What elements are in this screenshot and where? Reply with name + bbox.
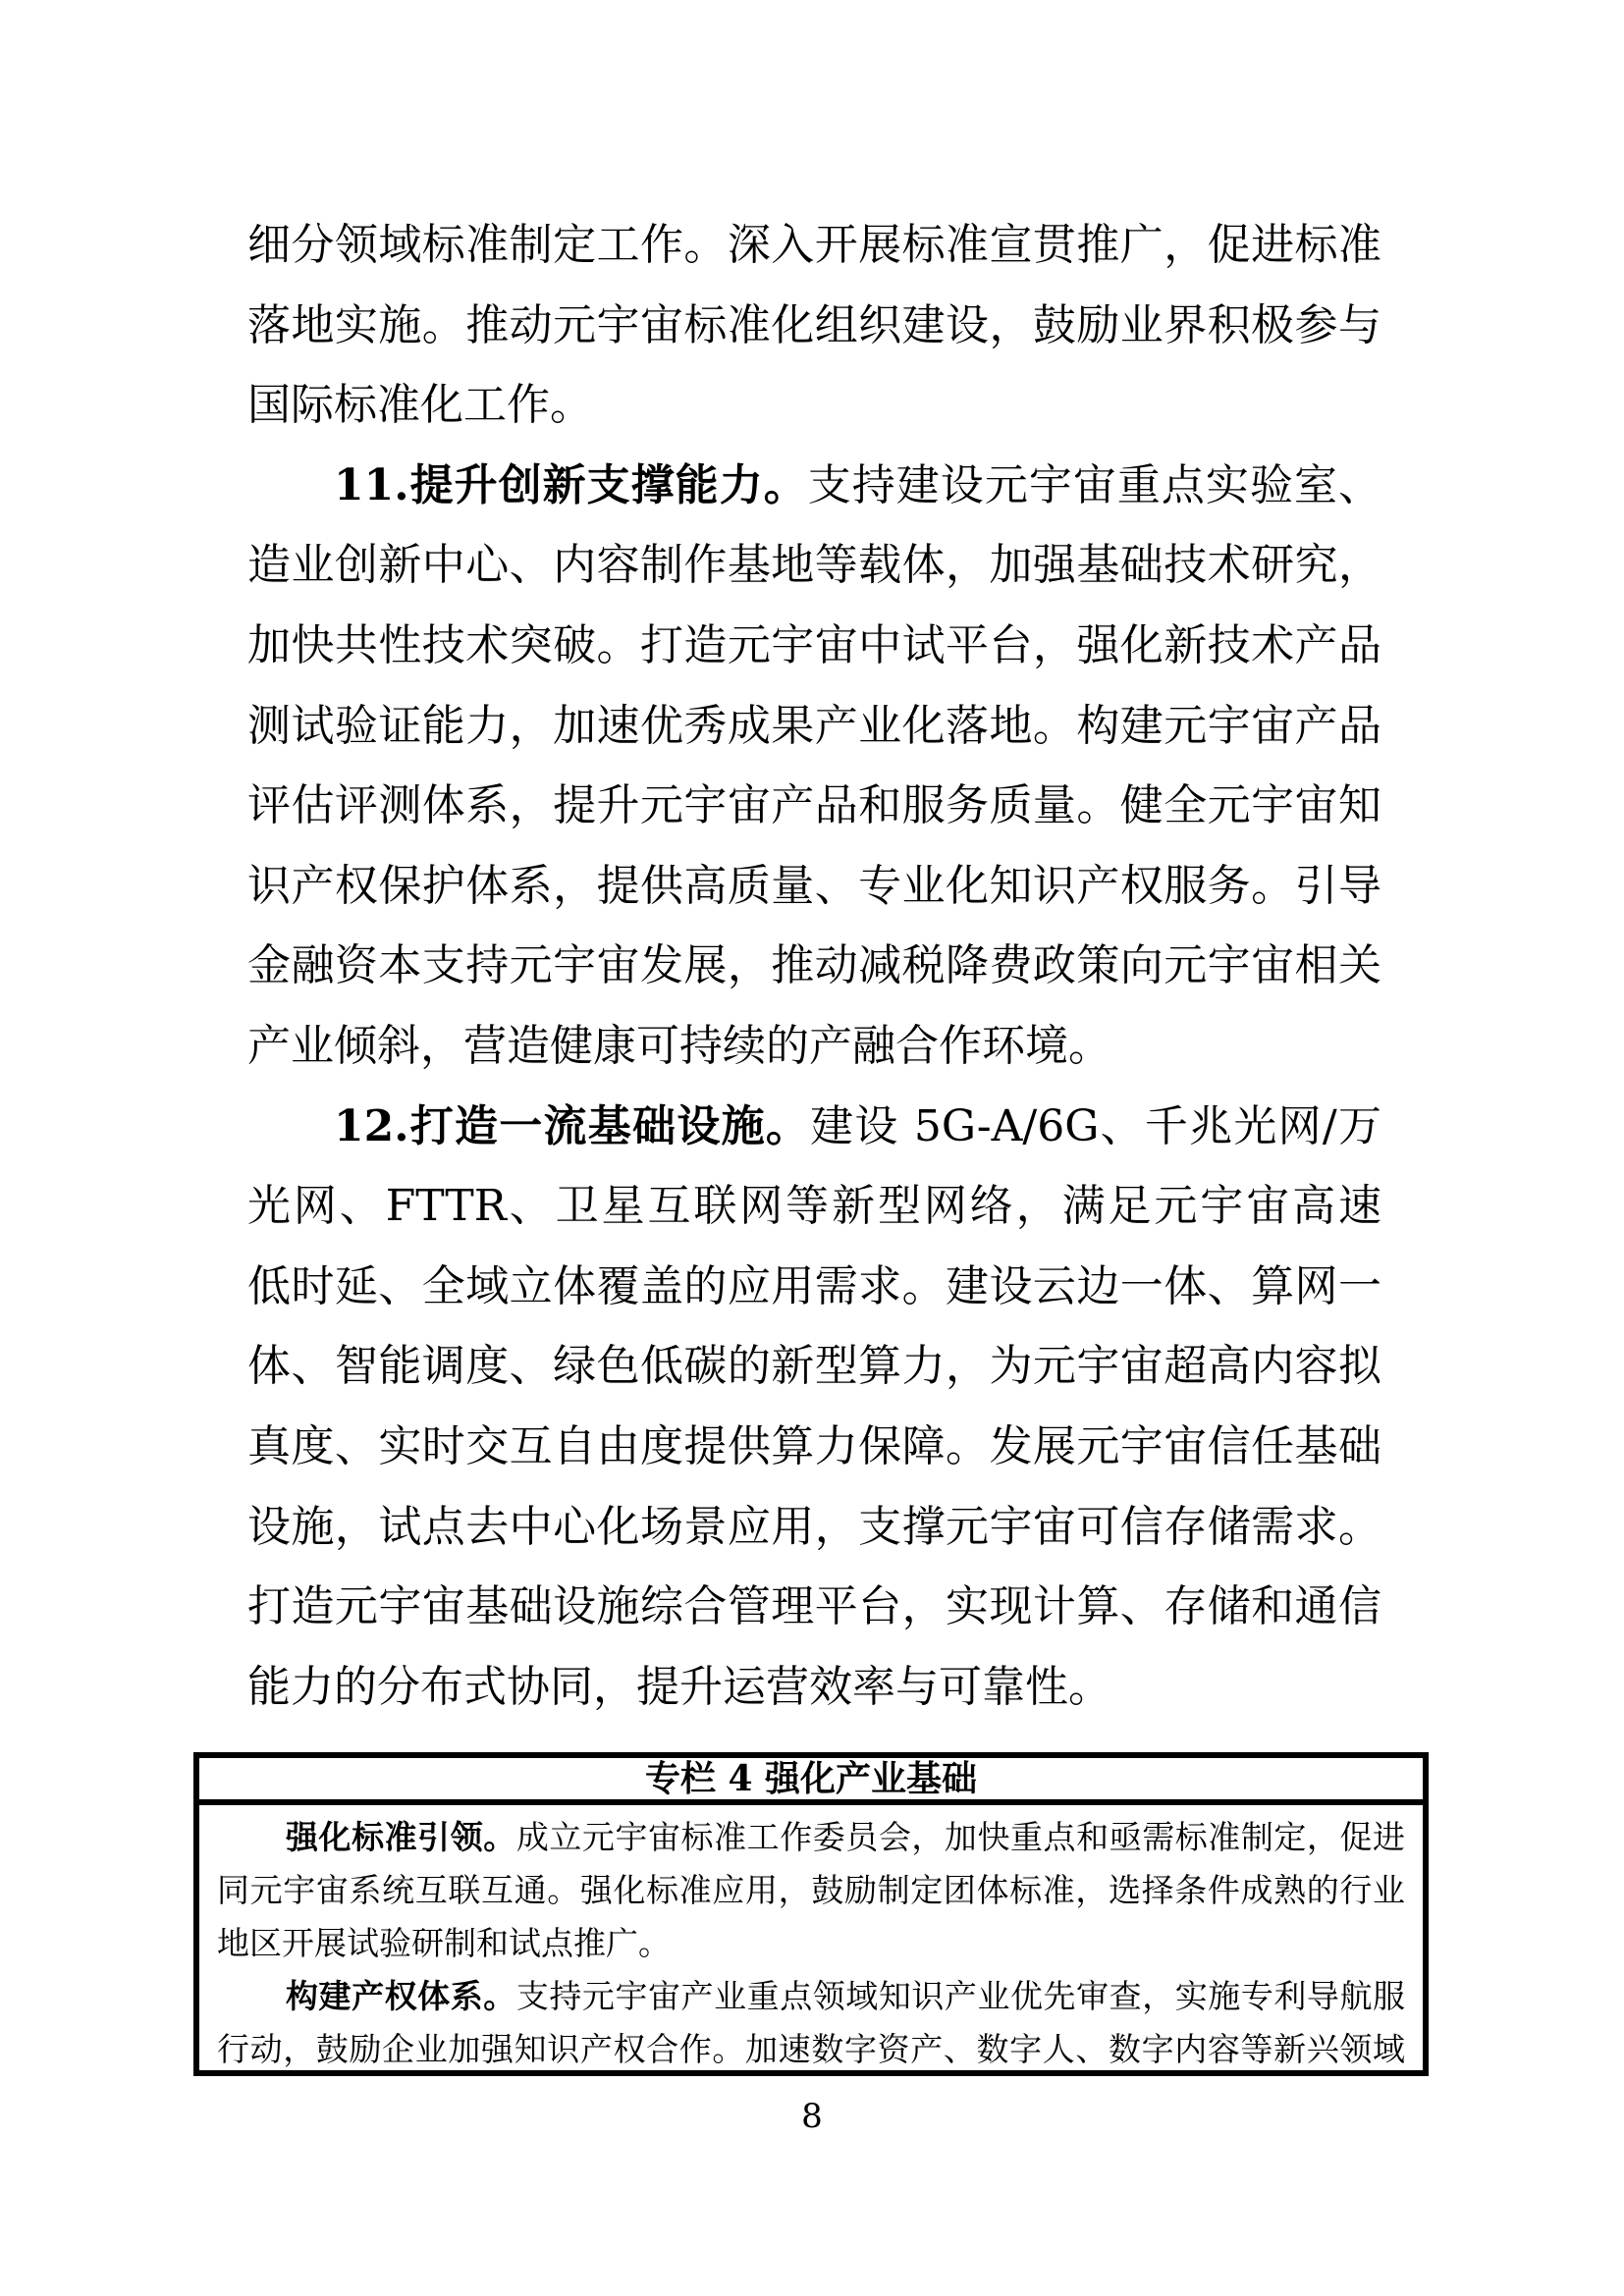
body-line: 国际标准化工作。 — [247, 365, 1381, 446]
spotlight-box-title: 专栏 4 强化产业基础 — [199, 1758, 1423, 1805]
body-line: 设施，试点去中心化场景应用，支撑元宇宙可信存储需求。 — [247, 1487, 1381, 1568]
box-line: 行动，鼓励企业加强知识产权合作。加速数字资产、数字人、数字内容等新兴领域产 — [217, 2023, 1405, 2076]
body-line: 识产权保护体系，提供高质量、专业化知识产权服务。引导 — [247, 846, 1381, 927]
body-line: 测试验证能力，加速优秀成果产业化落地。构建元宇宙产品 — [247, 686, 1381, 767]
box-line: 强化标准引领。成立元宇宙标准工作委员会，加快重点和亟需标准制定，促进不 — [217, 1811, 1405, 1864]
box-line-bold-lead: 强化标准引领。 — [286, 1818, 516, 1856]
box-line: 构建产权体系。支持元宇宙产业重点领域知识产业优先审查，实施专利导航服务 — [217, 1970, 1405, 2023]
page-number: 8 — [0, 2097, 1624, 2136]
body-line: 金融资本支持元宇宙发展，推动减税降费政策向元宇宙相关 — [247, 926, 1381, 1006]
body-line: 11.提升创新支撑能力。支持建设元宇宙重点实验室、制 — [247, 446, 1381, 526]
body-line: 12.打造一流基础设施。建设 5G-A/6G、千兆光网/万兆 — [247, 1087, 1381, 1167]
box-line: 同元宇宙系统互联互通。强化标准应用，鼓励制定团体标准，选择条件成熟的行业和 — [217, 1864, 1405, 1917]
body-line-bold-lead: 12.打造一流基础设施。 — [334, 1101, 810, 1151]
body-text-column: 细分领域标准制定工作。深入开展标准宣贯推广，促进标准落地实施。推动元宇宙标准化组… — [247, 205, 1381, 1727]
body-line: 真度、实时交互自由度提供算力保障。发展元宇宙信任基础 — [247, 1407, 1381, 1487]
box-line: 地区开展试验研制和试点推广。 — [217, 1917, 1405, 1970]
box-line-bold-lead: 构建产权体系。 — [286, 1977, 516, 2015]
document-page: 细分领域标准制定工作。深入开展标准宣贯推广，促进标准落地实施。推动元宇宙标准化组… — [0, 0, 1624, 2296]
body-line: 落地实施。推动元宇宙标准化组织建设，鼓励业界积极参与 — [247, 286, 1381, 366]
spotlight-box: 专栏 4 强化产业基础 强化标准引领。成立元宇宙标准工作委员会，加快重点和亟需标… — [193, 1752, 1429, 2076]
body-line: 细分领域标准制定工作。深入开展标准宣贯推广，促进标准 — [247, 205, 1381, 286]
body-line: 体、智能调度、绿色低碳的新型算力，为元宇宙超高内容拟 — [247, 1326, 1381, 1407]
body-line: 造业创新中心、内容制作基地等载体，加强基础技术研究， — [247, 525, 1381, 606]
spotlight-box-body: 强化标准引领。成立元宇宙标准工作委员会，加快重点和亟需标准制定，促进不同元宇宙系… — [199, 1805, 1423, 2076]
body-line: 低时延、全域立体覆盖的应用需求。建设云边一体、算网一 — [247, 1247, 1381, 1327]
body-line-bold-lead: 11.提升创新支撑能力。 — [334, 460, 808, 510]
body-line: 能力的分布式协同，提升运营效率与可靠性。 — [247, 1647, 1381, 1728]
body-line: 加快共性技术突破。打造元宇宙中试平台，强化新技术产品 — [247, 606, 1381, 686]
body-line: 评估评测体系，提升元宇宙产品和服务质量。健全元宇宙知 — [247, 766, 1381, 846]
body-line: 光网、FTTR、卫星互联网等新型网络，满足元宇宙高速率、 — [247, 1166, 1381, 1247]
body-line: 打造元宇宙基础设施综合管理平台，实现计算、存储和通信 — [247, 1567, 1381, 1647]
body-line: 产业倾斜，营造健康可持续的产融合作环境。 — [247, 1006, 1381, 1087]
